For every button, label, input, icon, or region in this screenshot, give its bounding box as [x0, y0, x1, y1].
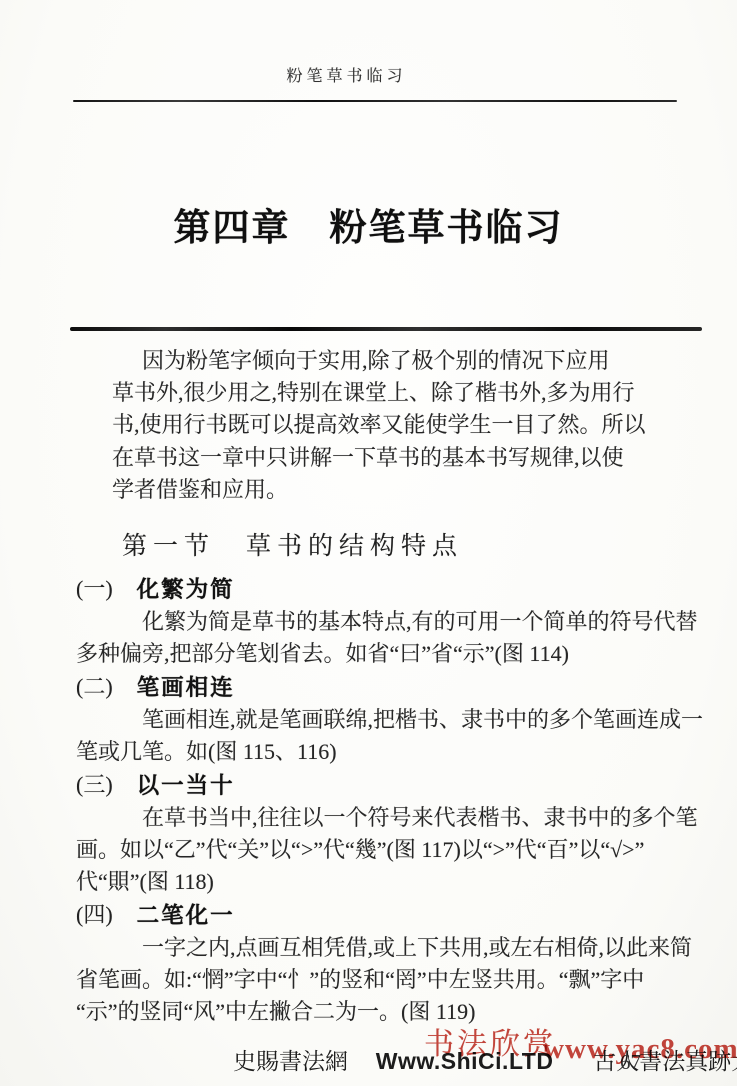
body-line: 多种偏旁,把部分笔划省去。如省“曰”省“示”(图 114)	[76, 638, 704, 670]
section-heading: 第一节 草书的结构特点	[122, 526, 463, 562]
body-line: 学者借鉴和应用。	[112, 474, 664, 506]
section-marker: (三)	[76, 768, 113, 799]
body-line: 书,使用行书既可以提高效率又能使学生一目了然。所以	[112, 409, 664, 441]
body-line: 在草书当中,往往以一个符号来代表楷书、隶书中的多个笔	[76, 802, 704, 834]
header-rule	[73, 100, 677, 102]
body-line: “示”的竖同“风”中左撇合二为一。(图 119)	[76, 996, 704, 1028]
section-divider-rule	[70, 327, 702, 331]
body-line: 因为粉笔字倾向于实用,除了极个别的情况下应用	[112, 345, 664, 377]
intro-paragraph: 因为粉笔字倾向于实用,除了极个别的情况下应用 草书外,很少用之,特别在课堂上、除…	[112, 345, 664, 506]
section-title: 以一当十	[137, 768, 235, 800]
section-hua-fan-wei-jian: (一) 化繁为简 化繁为简是草书的基本特点,有的可用一个简单的符号代替 多种偏旁…	[76, 572, 704, 670]
section-title: 笔画相连	[137, 670, 235, 702]
body-line: 画。如以“乙”代“关”以“>”代“幾”(图 117)以“>”代“百”以“√>”	[76, 834, 704, 866]
body-line: 在草书这一章中只讲解一下草书的基本书写规律,以使	[112, 442, 664, 474]
watermark-text: 书法欣赏	[424, 1019, 556, 1063]
body-line: 笔或几笔。如(图 115、116)	[76, 736, 704, 768]
footer-site-name: 史賜書法網	[233, 1049, 348, 1074]
body-line: 代“賏”(图 118)	[76, 866, 704, 898]
watermark-url: www.yac8.com	[543, 1033, 737, 1066]
body-line: 笔画相连,就是笔画联绵,把楷书、隶书中的多个笔画连成一	[76, 704, 704, 736]
section-marker: (一)	[76, 572, 113, 603]
body-line: 草书外,很少用之,特别在课堂上、除了楷书外,多为用行	[112, 377, 664, 409]
scanned-page: 粉笔草书临习 第四章 粉笔草书临习 因为粉笔字倾向于实用,除了极个别的情况下应用…	[0, 0, 737, 1086]
body-line: 化繁为简是草书的基本特点,有的可用一个简单的符号代替	[76, 606, 704, 638]
body-line: 一字之内,点画互相凭借,或上下共用,或左右相倚,以此来简	[76, 932, 704, 964]
section-bi-hua-xiang-lian: (二) 笔画相连 笔画相连,就是笔画联绵,把楷书、隶书中的多个笔画连成一 笔或几…	[76, 670, 704, 768]
body-line: 省笔画。如:“惘”字中“忄”的竖和“罔”中左竖共用。“飘”字中	[76, 964, 704, 996]
running-header: 粉笔草书临习	[0, 63, 715, 86]
section-title: 化繁为简	[137, 572, 235, 604]
chapter-title: 第四章 粉笔草书临习	[0, 197, 737, 251]
section-er-bi-hua-yi: (四) 二笔化一 一字之内,点画互相凭借,或上下共用,或左右相倚,以此来简 省笔…	[76, 898, 704, 1029]
section-marker: (四)	[76, 898, 113, 929]
section-title: 二笔化一	[137, 898, 235, 930]
section-yi-yi-dang-shi: (三) 以一当十 在草书当中,往往以一个符号来代表楷书、隶书中的多个笔 画。如以…	[76, 768, 704, 899]
section-marker: (二)	[76, 670, 113, 701]
